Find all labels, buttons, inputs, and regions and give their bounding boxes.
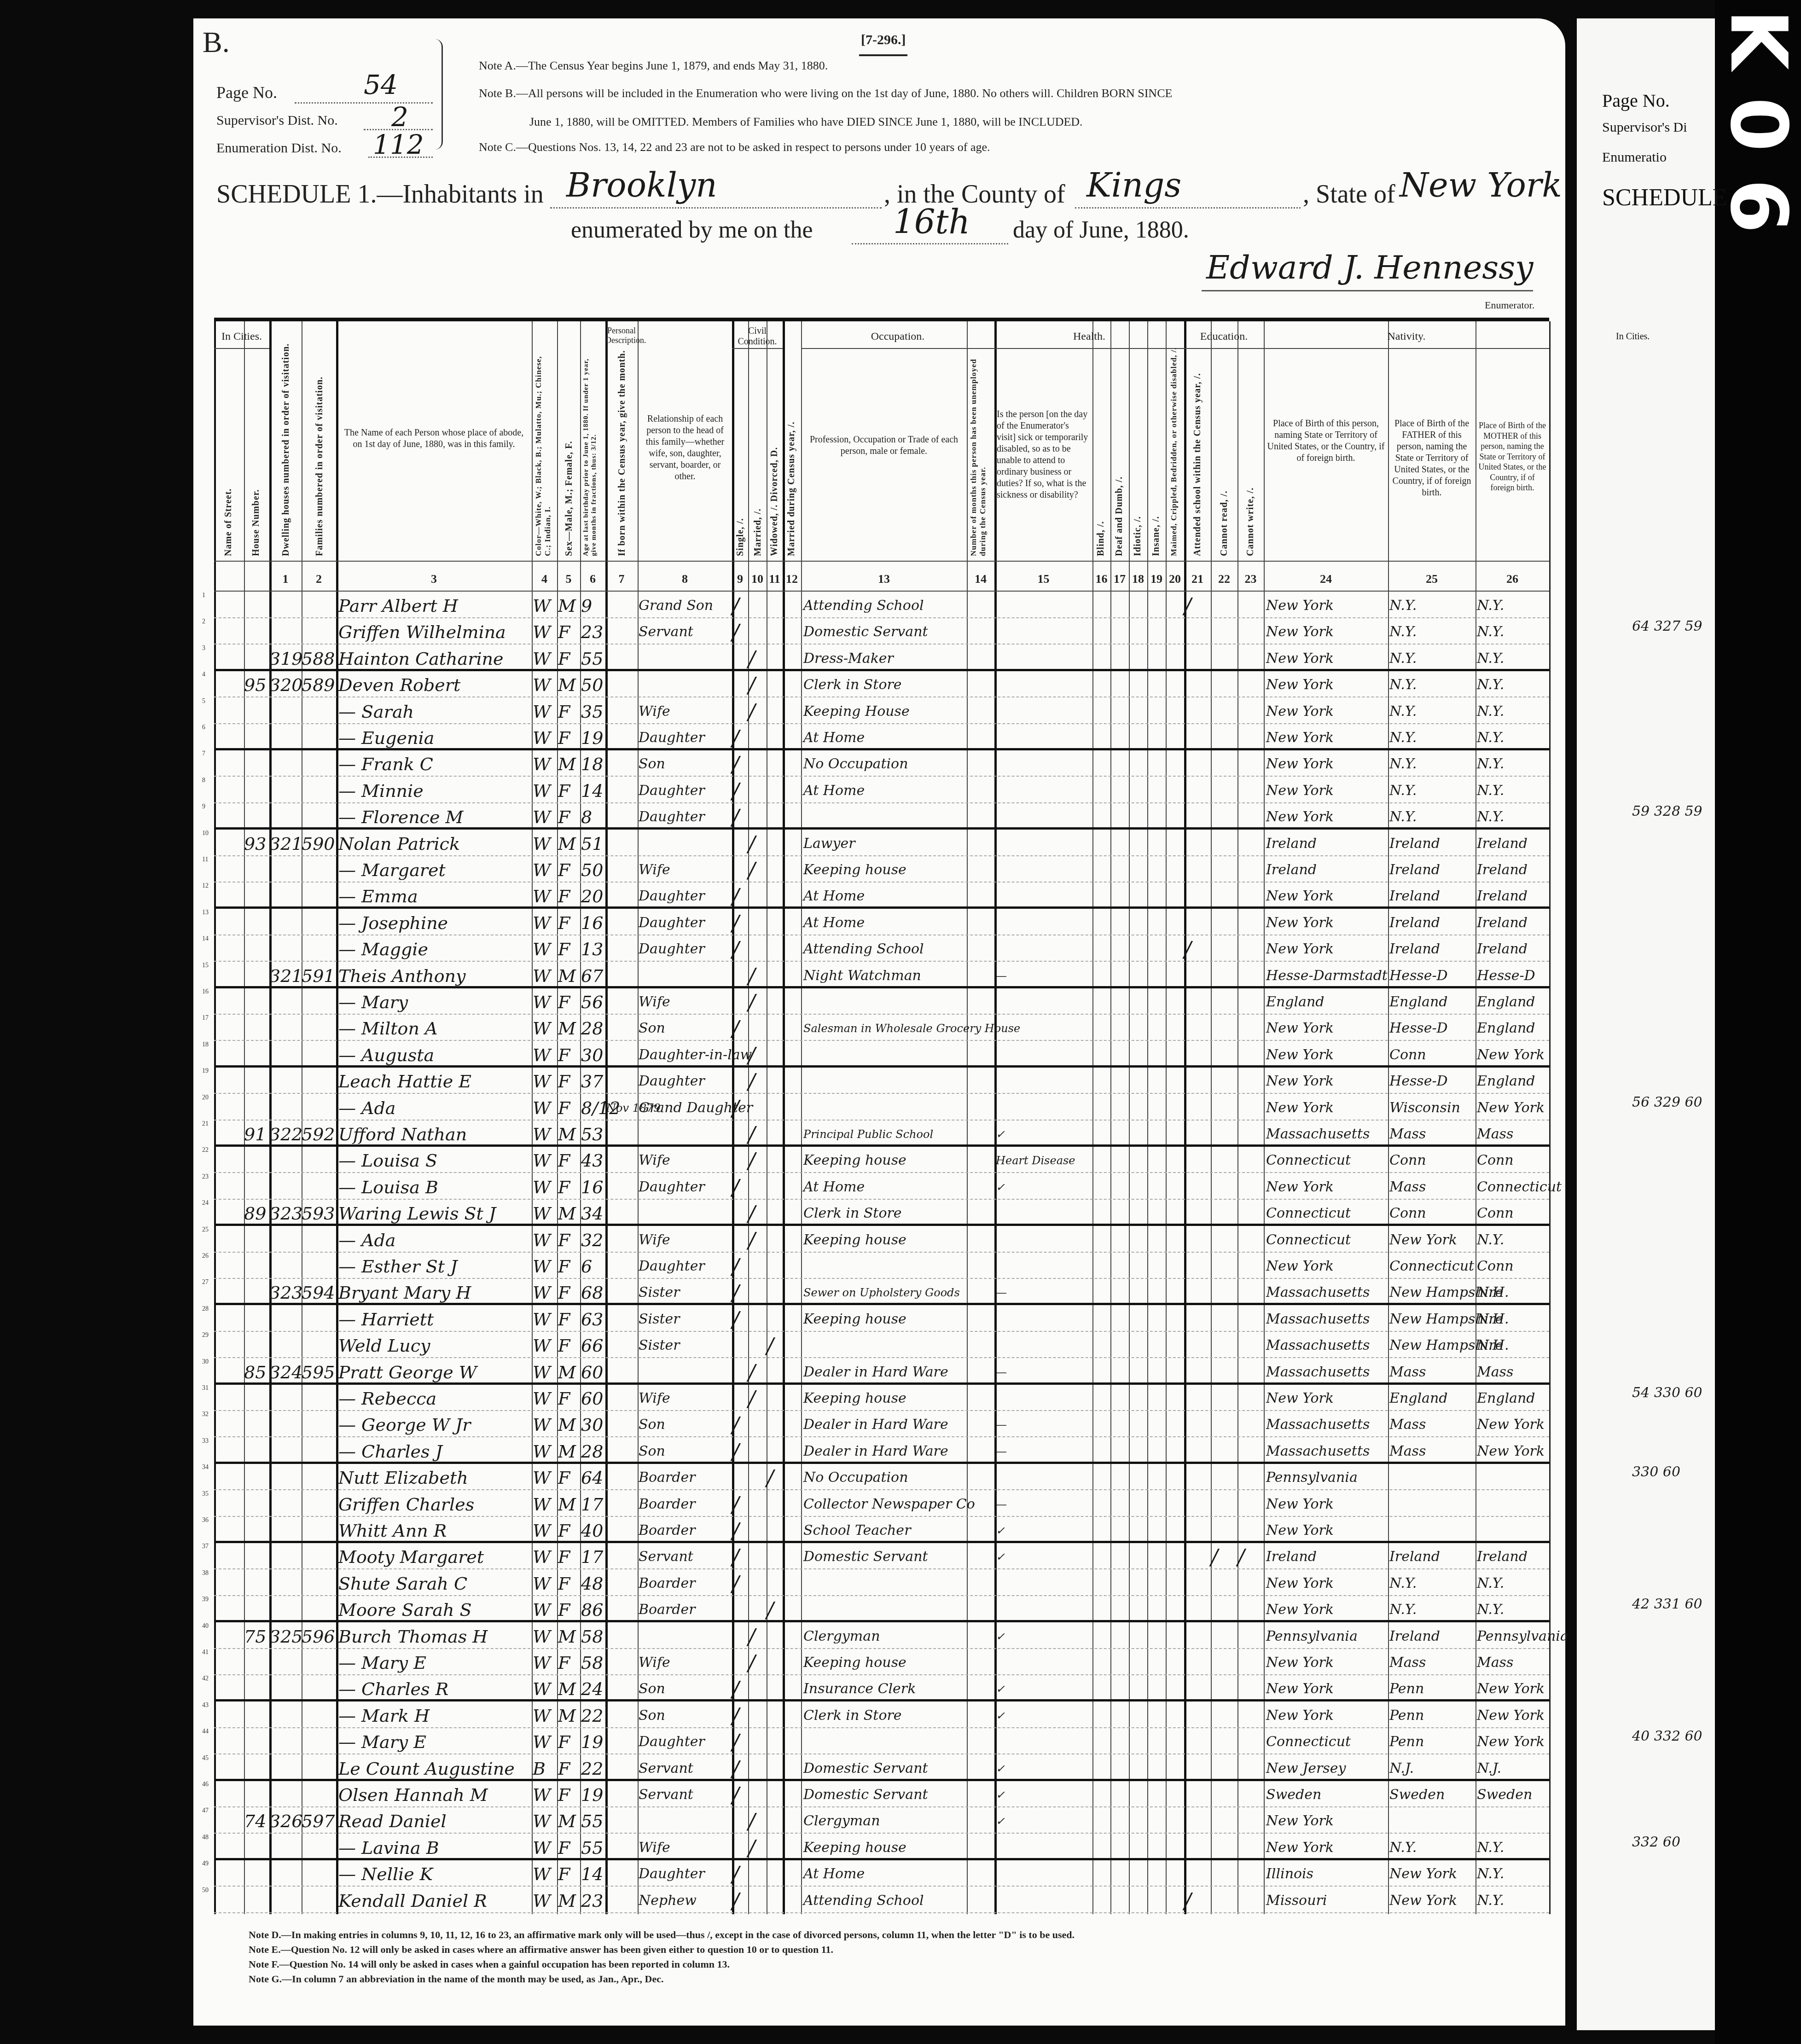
cell-sex: M: [558, 1359, 580, 1385]
cell-month: [606, 1015, 638, 1041]
cell-school: [1184, 1041, 1211, 1068]
cell-month: [606, 1411, 638, 1437]
cell-write: [1237, 1438, 1264, 1464]
cell-rel: Daughter: [639, 777, 732, 803]
cell-bp: New York: [1266, 671, 1388, 697]
enumerated-label: enumerated by me on the: [571, 216, 813, 244]
cell-family: [302, 1173, 336, 1200]
cell-family: 597: [302, 1807, 336, 1834]
table-row: 28— HarriettWF63Sister/Keeping houseMass…: [214, 1306, 1549, 1332]
cell-read: [1211, 803, 1237, 830]
cell-dwelling: [269, 1570, 302, 1596]
cell-widowed: [767, 1121, 783, 1147]
header-house: House Number.: [251, 450, 261, 556]
cell-single: /: [732, 1675, 748, 1701]
cell-write: [1237, 1807, 1264, 1834]
cell-age: 34: [581, 1200, 605, 1226]
cell-bpf: Hesse-D: [1389, 962, 1476, 988]
dark-margin: [1715, 0, 1801, 2044]
cell-color: W: [533, 698, 557, 724]
cell-house: [244, 1068, 269, 1094]
header-civil: Civil Condition.: [732, 326, 783, 347]
cell-widowed: [767, 1807, 783, 1834]
cell-month: [606, 1570, 638, 1596]
cell-bpm: N.Y.: [1477, 1596, 1549, 1622]
cell-occ: Clerk in Store: [803, 671, 994, 697]
cell-name: Nolan Patrick: [338, 830, 532, 856]
cell-family: [302, 803, 336, 830]
cell-sick: [996, 1041, 1092, 1068]
cell-single: /: [732, 1438, 748, 1464]
cell-occ: Keeping house: [803, 1385, 994, 1411]
cell-house: [244, 1094, 269, 1121]
adjacent-row-entry: 64 327 59: [1632, 618, 1702, 634]
cell-bp: Connecticut: [1266, 1200, 1388, 1226]
table-row: 50Kendall Daniel RWM23Nephew/Attending S…: [214, 1887, 1549, 1913]
cell-bpf: N.Y.: [1389, 618, 1476, 645]
cell-rel: [639, 962, 732, 988]
cell-rel: [639, 1121, 732, 1147]
cell-family: [302, 988, 336, 1015]
cell-name: — Frank C: [338, 750, 532, 777]
cell-month: [606, 1438, 638, 1464]
cell-family: [302, 1596, 336, 1622]
cell-read: [1211, 1755, 1237, 1781]
cell-rel: Wife: [639, 1385, 732, 1411]
cell-dwelling: [269, 1385, 302, 1411]
cell-write: [1237, 1015, 1264, 1041]
cell-name: Nutt Elizabeth: [338, 1464, 532, 1490]
cell-bpm: Sweden: [1477, 1781, 1549, 1807]
cell-house: 93: [244, 830, 269, 856]
cell-month: [606, 1887, 638, 1913]
cell-house: [244, 1781, 269, 1807]
table-row: 20— AdaWF8/12Nov 1879Grand Daughter/New …: [214, 1094, 1549, 1121]
cell-bpm: N.Y.: [1477, 1887, 1549, 1913]
cell-school: [1184, 1306, 1211, 1332]
cell-house: [244, 1306, 269, 1332]
header-deaf: Deaf and Dumb, /.: [1114, 427, 1125, 556]
cell-sex: F: [558, 1728, 580, 1754]
cell-occ: [803, 803, 994, 830]
cell-month: [606, 777, 638, 803]
cell-read: [1211, 645, 1237, 671]
cell-rel: Grand Daughter: [639, 1094, 732, 1121]
cell-rel: Sister: [639, 1279, 732, 1305]
cell-age: 28: [581, 1438, 605, 1464]
cell-rel: Wife: [639, 1147, 732, 1173]
row-number: 9: [202, 803, 205, 811]
cell-married: [748, 1491, 767, 1517]
cell-sex: F: [558, 777, 580, 803]
footnote-f: Note F.—Question No. 14 will only be ask…: [249, 1958, 730, 1970]
cell-family: 591: [302, 962, 336, 988]
cell-color: W: [533, 988, 557, 1015]
cell-dwelling: [269, 1728, 302, 1754]
cell-bp: Illinois: [1266, 1860, 1388, 1887]
cell-color: W: [533, 1279, 557, 1305]
cell-sex: F: [558, 803, 580, 830]
table-row: 2191322592Ufford NathanWM53/Principal Pu…: [214, 1121, 1549, 1147]
cell-sick: —: [996, 1491, 1092, 1517]
cell-sex: F: [558, 1570, 580, 1596]
cell-married: /: [748, 1121, 767, 1147]
table-row: 15321591Theis AnthonyWM67/Night Watchman…: [214, 962, 1549, 988]
cell-school: [1184, 1491, 1211, 1517]
cell-rel: Daughter: [639, 1728, 732, 1754]
header-age: Age at last birthday prior to June 1, 18…: [582, 349, 604, 556]
cell-widowed: [767, 750, 783, 777]
cell-occ: [803, 1094, 994, 1121]
cell-widowed: [767, 1200, 783, 1226]
cell-bpm: England: [1477, 1015, 1549, 1041]
cell-family: [302, 1517, 336, 1543]
cell-single: [732, 1464, 748, 1490]
cell-widowed: [767, 698, 783, 724]
cell-dwelling: [269, 935, 302, 962]
cell-bpf: New York: [1389, 1226, 1476, 1253]
cell-occ: [803, 1728, 994, 1754]
cell-occ: Night Watchman: [803, 962, 994, 988]
cell-dwelling: [269, 1226, 302, 1253]
cell-write: [1237, 1781, 1264, 1807]
cell-school: [1184, 1015, 1211, 1041]
cell-single: [732, 830, 748, 856]
col-num-2: 2: [302, 572, 336, 586]
table-row: 495320589Deven RobertWM50/Clerk in Store…: [214, 671, 1549, 697]
cell-month: [606, 935, 638, 962]
cell-bpf: Mass: [1389, 1173, 1476, 1200]
cell-name: Moore Sarah S: [338, 1596, 532, 1622]
cell-read: [1211, 1359, 1237, 1385]
cell-color: W: [533, 1200, 557, 1226]
cell-color: W: [533, 1015, 557, 1041]
cell-family: [302, 1306, 336, 1332]
cell-house: [244, 1649, 269, 1675]
cell-age: 43: [581, 1147, 605, 1173]
header-sex: Sex—Male, M.; Female, F.: [564, 427, 575, 556]
cell-write: [1237, 671, 1264, 697]
cell-month: [606, 1491, 638, 1517]
cell-name: — Esther St J: [338, 1253, 532, 1279]
cell-month: [606, 1649, 638, 1675]
cell-married: /: [748, 1385, 767, 1411]
cell-married: [748, 750, 767, 777]
cell-write: [1237, 1834, 1264, 1860]
roll-stamp: K 0 6: [1713, 9, 1801, 233]
cell-house: 74: [244, 1807, 269, 1834]
cell-school: [1184, 1359, 1211, 1385]
cell-house: [244, 803, 269, 830]
cell-age: 56: [581, 988, 605, 1015]
cell-age: 30: [581, 1041, 605, 1068]
cell-name: — Ada: [338, 1094, 532, 1121]
table-row: 41— Mary EWF58Wife/Keeping houseNew York…: [214, 1649, 1549, 1675]
enumeration-day: 16th: [893, 203, 970, 241]
cell-family: 589: [302, 671, 336, 697]
cell-color: W: [533, 909, 557, 935]
cell-dwelling: [269, 1543, 302, 1569]
cell-widowed: [767, 1041, 783, 1068]
row-number: 50: [202, 1887, 209, 1894]
cell-bpf: [1389, 1517, 1476, 1543]
cell-name: — Augusta: [338, 1041, 532, 1068]
header-name: The Name of each Person whose place of a…: [341, 427, 527, 450]
cell-rel: Wife: [639, 698, 732, 724]
cell-bp: New York: [1266, 1253, 1388, 1279]
cell-bpf: Wisconsin: [1389, 1094, 1476, 1121]
cell-bpf: Ireland: [1389, 1543, 1476, 1569]
cell-month: [606, 1226, 638, 1253]
cell-family: [302, 724, 336, 750]
cell-single: [732, 698, 748, 724]
cell-widowed: [767, 909, 783, 935]
cell-bp: New York: [1266, 1068, 1388, 1094]
cell-write: [1237, 618, 1264, 645]
cell-sex: F: [558, 856, 580, 883]
cell-school: [1184, 1728, 1211, 1754]
cell-widowed: [767, 883, 783, 909]
col-num-3: 3: [336, 572, 532, 586]
row-number: 5: [202, 698, 205, 705]
table-row: 22— Louisa SWF43Wife/Keeping houseHeart …: [214, 1147, 1549, 1173]
col-num-22: 22: [1211, 572, 1237, 586]
cell-married: [748, 1728, 767, 1754]
cell-single: /: [732, 1887, 748, 1913]
cell-write: [1237, 1279, 1264, 1305]
cell-sex: F: [558, 724, 580, 750]
state-label: , State of: [1303, 180, 1395, 209]
cell-dwelling: [269, 1041, 302, 1068]
cell-dwelling: 323: [269, 1200, 302, 1226]
adjacent-schedule-label: SCHEDULE: [1602, 184, 1727, 211]
row-number: 15: [202, 962, 209, 970]
cell-write: [1237, 1332, 1264, 1358]
table-row: 49— Nellie KWF14Daughter/At HomeIllinois…: [214, 1860, 1549, 1887]
cell-name: Burch Thomas H: [338, 1623, 532, 1649]
cell-rel: Daughter: [639, 1173, 732, 1200]
row-number: 34: [202, 1464, 209, 1471]
cell-bpm: New York: [1477, 1411, 1549, 1437]
adjacent-row-entry: 59 328 59: [1632, 803, 1702, 819]
cell-single: /: [732, 1173, 748, 1200]
cell-month: [606, 1464, 638, 1490]
cell-widowed: [767, 724, 783, 750]
cell-house: [244, 962, 269, 988]
cell-write: [1237, 883, 1264, 909]
header-education: Education.: [1184, 331, 1264, 343]
cell-single: /: [732, 618, 748, 645]
cell-occ: Lawyer: [803, 830, 994, 856]
cell-write: [1237, 1226, 1264, 1253]
row-number: 31: [202, 1385, 209, 1392]
cell-single: /: [732, 777, 748, 803]
cell-rel: Boarder: [639, 1517, 732, 1543]
cell-color: W: [533, 1464, 557, 1490]
cell-month: [606, 1041, 638, 1068]
cell-month: [606, 1702, 638, 1728]
cell-rel: Daughter: [639, 803, 732, 830]
row-number: 3: [202, 645, 205, 652]
cell-sick: [996, 777, 1092, 803]
cell-name: — George W Jr: [338, 1411, 532, 1437]
cell-read: [1211, 1702, 1237, 1728]
cell-occ: Insurance Clerk: [803, 1675, 994, 1701]
cell-bpf: Mass: [1389, 1121, 1476, 1147]
table-row: 17— Milton AWM28Son/Salesman in Wholesal…: [214, 1015, 1549, 1041]
cell-house: [244, 645, 269, 671]
cell-widowed: [767, 1623, 783, 1649]
table-row: 4774326597Read DanielWM55/Clergyman✓New …: [214, 1807, 1549, 1834]
cell-month: [606, 1385, 638, 1411]
cell-bp: England: [1266, 988, 1388, 1015]
cell-name: — Harriett: [338, 1306, 532, 1332]
cell-bpf: Conn: [1389, 1041, 1476, 1068]
row-number: 11: [202, 856, 208, 864]
row-number: 14: [202, 935, 209, 943]
cell-house: [244, 1755, 269, 1781]
cell-married: [748, 1702, 767, 1728]
cell-sick: —: [996, 1438, 1092, 1464]
cell-bpf: N.Y.: [1389, 1596, 1476, 1622]
cell-house: [244, 1041, 269, 1068]
cell-write: [1237, 1649, 1264, 1675]
header-birth-self: Place of Birth of this person, naming St…: [1266, 418, 1386, 464]
cell-read: [1211, 618, 1237, 645]
county-value: Kings: [1086, 166, 1181, 204]
cell-sick: [996, 724, 1092, 750]
cell-bpm: Ireland: [1477, 909, 1549, 935]
row-number: 19: [202, 1068, 209, 1075]
cell-widowed: [767, 645, 783, 671]
cell-married: [748, 1173, 767, 1200]
cell-read: [1211, 909, 1237, 935]
cell-bpf: England: [1389, 1385, 1476, 1411]
cell-write: [1237, 1623, 1264, 1649]
cell-house: [244, 1702, 269, 1728]
cell-rel: Son: [639, 750, 732, 777]
cell-school: /: [1184, 592, 1211, 618]
cell-age: 60: [581, 1359, 605, 1385]
header-maimed: Maimed, Crippled, Bedridden, or otherwis…: [1169, 349, 1179, 556]
cell-sick: [996, 1200, 1092, 1226]
cell-bpm: New York: [1477, 1728, 1549, 1754]
cell-sick: [996, 698, 1092, 724]
cell-married: [748, 1860, 767, 1887]
cell-bpf: Mass: [1389, 1649, 1476, 1675]
cell-read: [1211, 1332, 1237, 1358]
header-cannot-read: Cannot read, /.: [1219, 450, 1230, 556]
cell-widowed: [767, 1543, 783, 1569]
note-a: Note A.—The Census Year begins June 1, 1…: [479, 59, 828, 73]
cell-family: [302, 1543, 336, 1569]
cell-read: [1211, 830, 1237, 856]
cell-bp: Connecticut: [1266, 1226, 1388, 1253]
cell-occ: Principal Public School: [803, 1121, 994, 1147]
cell-bpf: Penn: [1389, 1702, 1476, 1728]
cell-age: 55: [581, 645, 605, 671]
cell-school: [1184, 1332, 1211, 1358]
cell-age: 86: [581, 1596, 605, 1622]
cell-bp: Massachusetts: [1266, 1438, 1388, 1464]
cell-read: [1211, 750, 1237, 777]
cell-read: [1211, 962, 1237, 988]
cell-name: — Charles R: [338, 1675, 532, 1701]
cell-dwelling: [269, 698, 302, 724]
cell-rel: Daughter: [639, 1068, 732, 1094]
row-number: 29: [202, 1332, 209, 1339]
cell-color: W: [533, 1147, 557, 1173]
row-number: 21: [202, 1121, 209, 1128]
cell-color: W: [533, 592, 557, 618]
cell-age: 58: [581, 1623, 605, 1649]
cell-age: 51: [581, 830, 605, 856]
page-no-value: 54: [364, 69, 398, 100]
adjacent-supervisor-label: Supervisor's Di: [1602, 120, 1687, 135]
table-row: 27323594Bryant Mary HWF68Sister/Sewer on…: [214, 1279, 1549, 1305]
cell-name: Theis Anthony: [338, 962, 532, 988]
cell-house: [244, 1438, 269, 1464]
cell-occ: [803, 1570, 994, 1596]
cell-sex: F: [558, 1173, 580, 1200]
cell-school: [1184, 698, 1211, 724]
col-num-20: 20: [1166, 572, 1184, 586]
cell-color: W: [533, 1253, 557, 1279]
cell-age: 32: [581, 1226, 605, 1253]
cell-sick: [996, 645, 1092, 671]
cell-month: [606, 1755, 638, 1781]
cell-read: [1211, 1200, 1237, 1226]
cell-dwelling: [269, 1596, 302, 1622]
cell-read: [1211, 1279, 1237, 1305]
cell-write: [1237, 1200, 1264, 1226]
table-row: 8— MinnieWF14Daughter/At HomeNew YorkN.Y…: [214, 777, 1549, 803]
cell-occ: At Home: [803, 777, 994, 803]
cell-bpf: N.Y.: [1389, 1834, 1476, 1860]
cell-read: [1211, 1438, 1237, 1464]
cell-name: Waring Lewis St J: [338, 1200, 532, 1226]
cell-bpm: [1477, 1807, 1549, 1834]
header-family: Families numbered in order of visitation…: [314, 367, 325, 556]
cell-house: [244, 750, 269, 777]
col-num-4: 4: [532, 572, 557, 586]
cell-sick: [996, 1253, 1092, 1279]
cell-family: [302, 1226, 336, 1253]
cell-school: [1184, 1121, 1211, 1147]
cell-bpm: N.Y.: [1477, 592, 1549, 618]
cell-school: [1184, 988, 1211, 1015]
cell-bpf: N.Y.: [1389, 777, 1476, 803]
cell-color: W: [533, 1226, 557, 1253]
cell-rel: Wife: [639, 1226, 732, 1253]
cell-age: 8: [581, 803, 605, 830]
table-row: 34Nutt ElizabethWF64Boarder/No Occupatio…: [214, 1464, 1549, 1490]
cell-sex: F: [558, 1253, 580, 1279]
cell-name: — Mary E: [338, 1649, 532, 1675]
cell-married: [748, 724, 767, 750]
cell-color: W: [533, 1411, 557, 1437]
cell-bp: New York: [1266, 1834, 1388, 1860]
cell-month: [606, 618, 638, 645]
cell-occ: At Home: [803, 1860, 994, 1887]
cell-age: 30: [581, 1411, 605, 1437]
cell-age: 13: [581, 935, 605, 962]
cell-month: [606, 698, 638, 724]
cell-read: [1211, 671, 1237, 697]
cell-age: 60: [581, 1385, 605, 1411]
cell-sex: F: [558, 1094, 580, 1121]
cell-rel: Nephew: [639, 1887, 732, 1913]
